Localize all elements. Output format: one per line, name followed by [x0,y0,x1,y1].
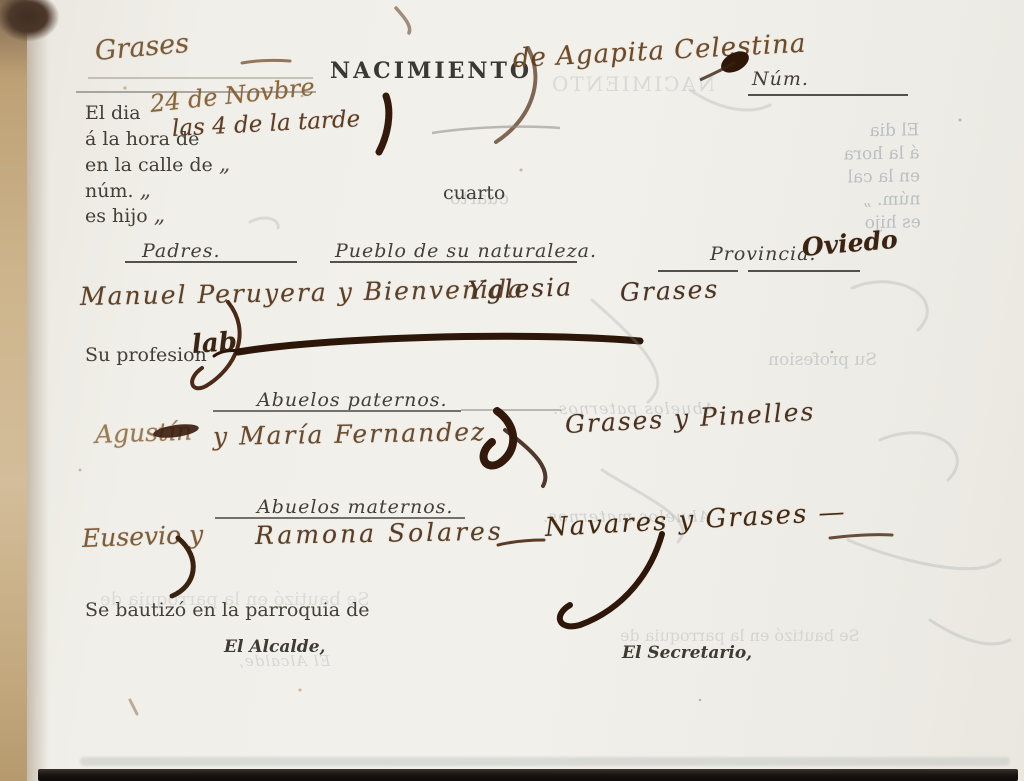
padres-rule [125,261,297,263]
bleedthrough-hora: á la hora [827,142,919,167]
paternal-hw-1: Agustín [94,417,192,449]
bottom-left-mark [130,700,137,714]
provincia-handwriting: Oviedo [801,225,899,262]
bleedthrough-num: núm. „ [828,188,920,213]
num-rule [748,94,908,96]
bautizo-line: Se bautizó en la parroquia de [85,599,370,621]
paternal-hw-2: y María Fernandez [213,417,487,451]
birth-record-page: NACIMIENTO El dia á la hora en la cal nú… [0,0,1024,781]
bleedthrough-calle: en la cal [828,165,920,190]
abuelos-maternos-label: Abuelos maternos. [257,496,453,518]
margin-name-handwriting: Grases [94,28,191,67]
maternal-hw-3: Navares y Grases — [544,497,847,543]
paternal-flourish-stroke [484,411,514,466]
maternal-trailing-dash [830,535,892,538]
pueblo-handwriting-2: Grases [619,275,719,307]
bleedthrough-el-dia: El dia [827,119,919,144]
pueblo-rule [330,261,577,263]
next-page-dark-band [38,769,1018,781]
paternal-flourish-descender [505,430,545,486]
bleedthrough-form-block: El dia á la hora en la cal núm. „ es hij… [827,119,921,236]
next-page-light-band [80,757,1010,766]
secretario-label: El Secretario, [622,643,752,663]
bleedthrough-title: NACIMIENTO [550,72,715,96]
binding-corner [0,0,70,50]
ditto-mark-num: „ [140,178,151,203]
page-edge-shadow [27,0,49,781]
book-edge [0,0,27,781]
ditto-mark-hijo: „ [154,203,165,228]
provincia-rule-2 [748,270,860,272]
bleedthrough-profesion: Su profesion [768,350,877,370]
margin-dash-stroke [242,60,290,63]
field-calle: en la calle de „ [85,154,230,176]
col-provincia: Provincia. [710,243,816,265]
pueblo-handwriting: Yglesia [467,272,573,305]
provincia-rule-1 [658,270,738,272]
parents-handwriting: Manuel Peruyera y Bienvenida [80,274,525,311]
maternal-hw-2: Ramona Solares [255,517,504,550]
ditto-mark-calle: „ [219,152,230,177]
field-hijo: es hijo „ [85,205,165,227]
hour-bold-stroke [379,96,389,152]
abuelos-paternos-rule-ext [461,409,561,411]
form-title: NACIMIENTO [330,58,532,84]
field-profesion: Su profesion [85,344,207,366]
maternal-dash-stroke [498,540,544,545]
num-label: Núm. [752,68,809,90]
top-ink-mark [396,8,410,33]
hour-strike-stroke [432,127,560,133]
field-cuarto: cuarto [443,182,505,204]
field-num: núm. „ [85,180,151,202]
abuelos-paternos-label: Abuelos paternos. [257,389,448,411]
alcalde-label: El Alcalde, [224,637,325,657]
profession-dash-stroke [238,336,640,352]
col-padres: Padres. [142,240,221,262]
maternal-y-descender-right [560,534,662,626]
abuelos-paternos-rule [213,410,461,412]
field-el-dia: El dia [85,102,141,124]
col-pueblo: Pueblo de su naturaleza. [335,240,597,262]
profession-handwriting: lab [191,327,238,360]
maternal-hw-1: Eusevio y [81,520,203,553]
